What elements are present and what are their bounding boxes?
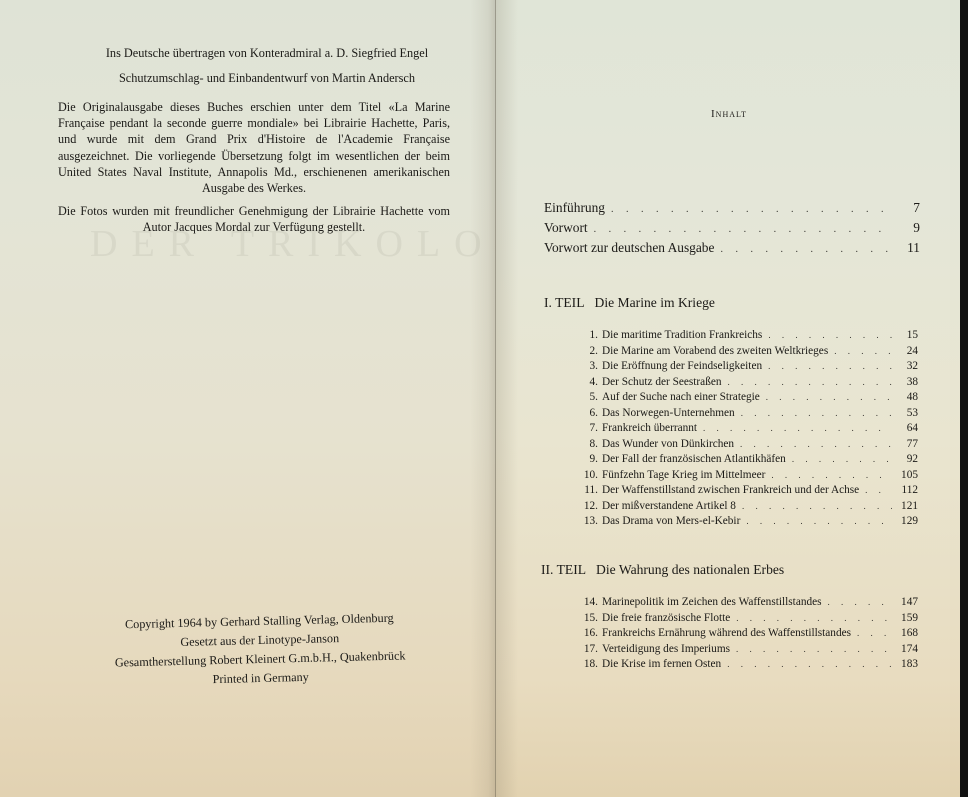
chapter-title: Der Schutz der Seestraßen	[602, 375, 728, 391]
chapter-page: 147	[892, 595, 918, 611]
chapter-entry: 17.Verteidigung des Imperiums174	[578, 642, 918, 658]
chapter-number: 3.	[578, 359, 602, 375]
photo-credit: Die Fotos wurden mit freundlicher Genehm…	[58, 203, 450, 235]
dot-leader	[611, 200, 892, 220]
dot-leader	[828, 595, 892, 611]
chapter-title: Der Waffenstillstand zwischen Frankreich…	[602, 483, 865, 499]
chapter-number: 6.	[578, 406, 602, 422]
imprint-block: Copyright 1964 by Gerhard Stalling Verla…	[89, 608, 431, 692]
chapter-title: Die Eröffnung der Feindseligkeiten	[602, 359, 768, 375]
dot-leader	[594, 220, 892, 240]
chapter-number: 10.	[578, 468, 602, 484]
chapter-number: 5.	[578, 390, 602, 406]
chapter-entry: 1.Die maritime Tradition Frankreichs15	[578, 328, 918, 344]
chapter-page: 112	[892, 483, 918, 499]
chapter-page: 32	[892, 359, 918, 375]
chapter-entry: 12.Der mißverstandene Artikel 8121	[578, 499, 918, 515]
chapter-page: 174	[892, 642, 918, 658]
chapter-entry: 16.Frankreichs Ernährung während des Waf…	[578, 626, 918, 642]
part-number: I. TEIL	[544, 295, 585, 310]
dot-leader	[727, 657, 892, 673]
chapter-title: Der mißverstandene Artikel 8	[602, 499, 742, 515]
chapter-page: 183	[892, 657, 918, 673]
chapter-title: Die freie französische Flotte	[602, 611, 736, 627]
dot-leader	[857, 626, 892, 642]
chapter-page: 159	[892, 611, 918, 627]
chapter-title: Fünfzehn Tage Krieg im Mittelmeer	[602, 468, 771, 484]
chapter-number: 18.	[578, 657, 602, 673]
chapter-page: 38	[892, 375, 918, 391]
dot-leader	[742, 499, 892, 515]
original-edition-note: Die Originalausgabe dieses Buches erschi…	[58, 99, 450, 196]
dot-leader	[771, 468, 892, 484]
toc-entry-title: Vorwort	[544, 218, 594, 238]
part-heading: II. TEILDie Wahrung des nationalen Erbes	[541, 562, 784, 578]
chapter-page: 24	[892, 344, 918, 360]
chapter-entry: 2.Die Marine am Vorabend des zweiten Wel…	[578, 344, 918, 360]
chapter-page: 121	[892, 499, 918, 515]
part-heading: I. TEILDie Marine im Kriege	[544, 295, 715, 311]
chapter-number: 4.	[578, 375, 602, 391]
dot-leader	[736, 642, 892, 658]
design-credit: Schutzumschlag- und Einbandentwurf von M…	[54, 70, 480, 87]
chapter-page: 168	[892, 626, 918, 642]
chapter-entry: 15.Die freie französische Flotte159	[578, 611, 918, 627]
toc-entry: Vorwort 9	[544, 218, 920, 238]
toc-entry-page: 9	[892, 218, 920, 238]
chapter-page: 129	[892, 514, 918, 530]
chapter-page: 105	[892, 468, 918, 484]
chapter-entry: 6.Das Norwegen-Unternehmen53	[578, 406, 918, 422]
dot-leader	[703, 421, 892, 437]
dot-leader	[834, 344, 892, 360]
chapter-title: Verteidigung des Imperiums	[602, 642, 736, 658]
chapter-page: 64	[892, 421, 918, 437]
chapter-entry: 13.Das Drama von Mers-el-Kebir129	[578, 514, 918, 530]
chapter-entry: 8.Das Wunder von Dünkirchen77	[578, 437, 918, 453]
dot-leader	[768, 328, 892, 344]
chapter-entry: 5.Auf der Suche nach einer Strategie48	[578, 390, 918, 406]
chapter-entry: 18.Die Krise im fernen Osten183	[578, 657, 918, 673]
chapter-page: 77	[892, 437, 918, 453]
dot-leader	[746, 514, 892, 530]
toc-entry-title: Vorwort zur deutschen Ausgabe	[544, 238, 720, 258]
dot-leader	[740, 437, 892, 453]
chapter-entry: 9.Der Fall der französischen Atlantikhäf…	[578, 452, 918, 468]
toc-entry-page: 7	[892, 198, 920, 218]
chapter-list: 14.Marinepolitik im Zeichen des Waffenst…	[578, 595, 918, 673]
chapter-list: 1.Die maritime Tradition Frankreichs152.…	[578, 328, 918, 530]
toc-entry-page: 11	[892, 238, 920, 258]
chapter-title: Der Fall der französischen Atlantikhäfen	[602, 452, 792, 468]
chapter-title: Das Drama von Mers-el-Kebir	[602, 514, 746, 530]
chapter-entry: 11.Der Waffenstillstand zwischen Frankre…	[578, 483, 918, 499]
chapter-page: 53	[892, 406, 918, 422]
chapter-number: 16.	[578, 626, 602, 642]
chapter-number: 2.	[578, 344, 602, 360]
dot-leader	[728, 375, 892, 391]
chapter-number: 12.	[578, 499, 602, 515]
chapter-number: 17.	[578, 642, 602, 658]
chapter-number: 8.	[578, 437, 602, 453]
front-matter-list: Einführung 7 Vorwort 9 Vorwort zur deuts…	[544, 198, 920, 258]
chapter-title: Die Krise im fernen Osten	[602, 657, 727, 673]
chapter-number: 7.	[578, 421, 602, 437]
dot-leader	[865, 483, 892, 499]
chapter-page: 48	[892, 390, 918, 406]
chapter-title: Frankreichs Ernährung während des Waffen…	[602, 626, 857, 642]
chapter-title: Auf der Suche nach einer Strategie	[602, 390, 766, 406]
dot-leader	[768, 359, 892, 375]
chapter-entry: 3.Die Eröffnung der Feindseligkeiten32	[578, 359, 918, 375]
chapter-entry: 10.Fünfzehn Tage Krieg im Mittelmeer105	[578, 468, 918, 484]
chapter-number: 11.	[578, 483, 602, 499]
dot-leader	[766, 390, 892, 406]
chapter-number: 13.	[578, 514, 602, 530]
chapter-title: Die maritime Tradition Frankreichs	[602, 328, 768, 344]
translation-credit: Ins Deutsche übertragen von Konteradmira…	[54, 45, 480, 62]
part-title: Die Marine im Kriege	[595, 295, 715, 310]
dot-leader	[720, 240, 892, 260]
contents-heading: Inhalt	[711, 108, 747, 120]
chapter-number: 9.	[578, 452, 602, 468]
left-page-imprint: DER TRIKOLORE Ins Deutsche übertragen vo…	[0, 0, 496, 797]
chapter-title: Marinepolitik im Zeichen des Waffenstill…	[602, 595, 828, 611]
chapter-page: 92	[892, 452, 918, 468]
dot-leader	[741, 406, 892, 422]
toc-entry: Einführung 7	[544, 198, 920, 218]
dot-leader	[736, 611, 892, 627]
part-number: II. TEIL	[541, 562, 586, 577]
chapter-title: Das Norwegen-Unternehmen	[602, 406, 741, 422]
chapter-entry: 7.Frankreich überrannt64	[578, 421, 918, 437]
chapter-number: 15.	[578, 611, 602, 627]
chapter-number: 1.	[578, 328, 602, 344]
scan-edge	[960, 0, 968, 797]
dot-leader	[792, 452, 892, 468]
book-spread: DER TRIKOLORE Ins Deutsche übertragen vo…	[0, 0, 968, 797]
chapter-entry: 14.Marinepolitik im Zeichen des Waffenst…	[578, 595, 918, 611]
chapter-title: Das Wunder von Dünkirchen	[602, 437, 740, 453]
toc-entry: Vorwort zur deutschen Ausgabe 11	[544, 238, 920, 258]
chapter-title: Die Marine am Vorabend des zweiten Weltk…	[602, 344, 834, 360]
part-title: Die Wahrung des nationalen Erbes	[596, 562, 784, 577]
chapter-title: Frankreich überrannt	[602, 421, 703, 437]
chapter-number: 14.	[578, 595, 602, 611]
toc-entry-title: Einführung	[544, 198, 611, 218]
chapter-entry: 4.Der Schutz der Seestraßen38	[578, 375, 918, 391]
chapter-page: 15	[892, 328, 918, 344]
